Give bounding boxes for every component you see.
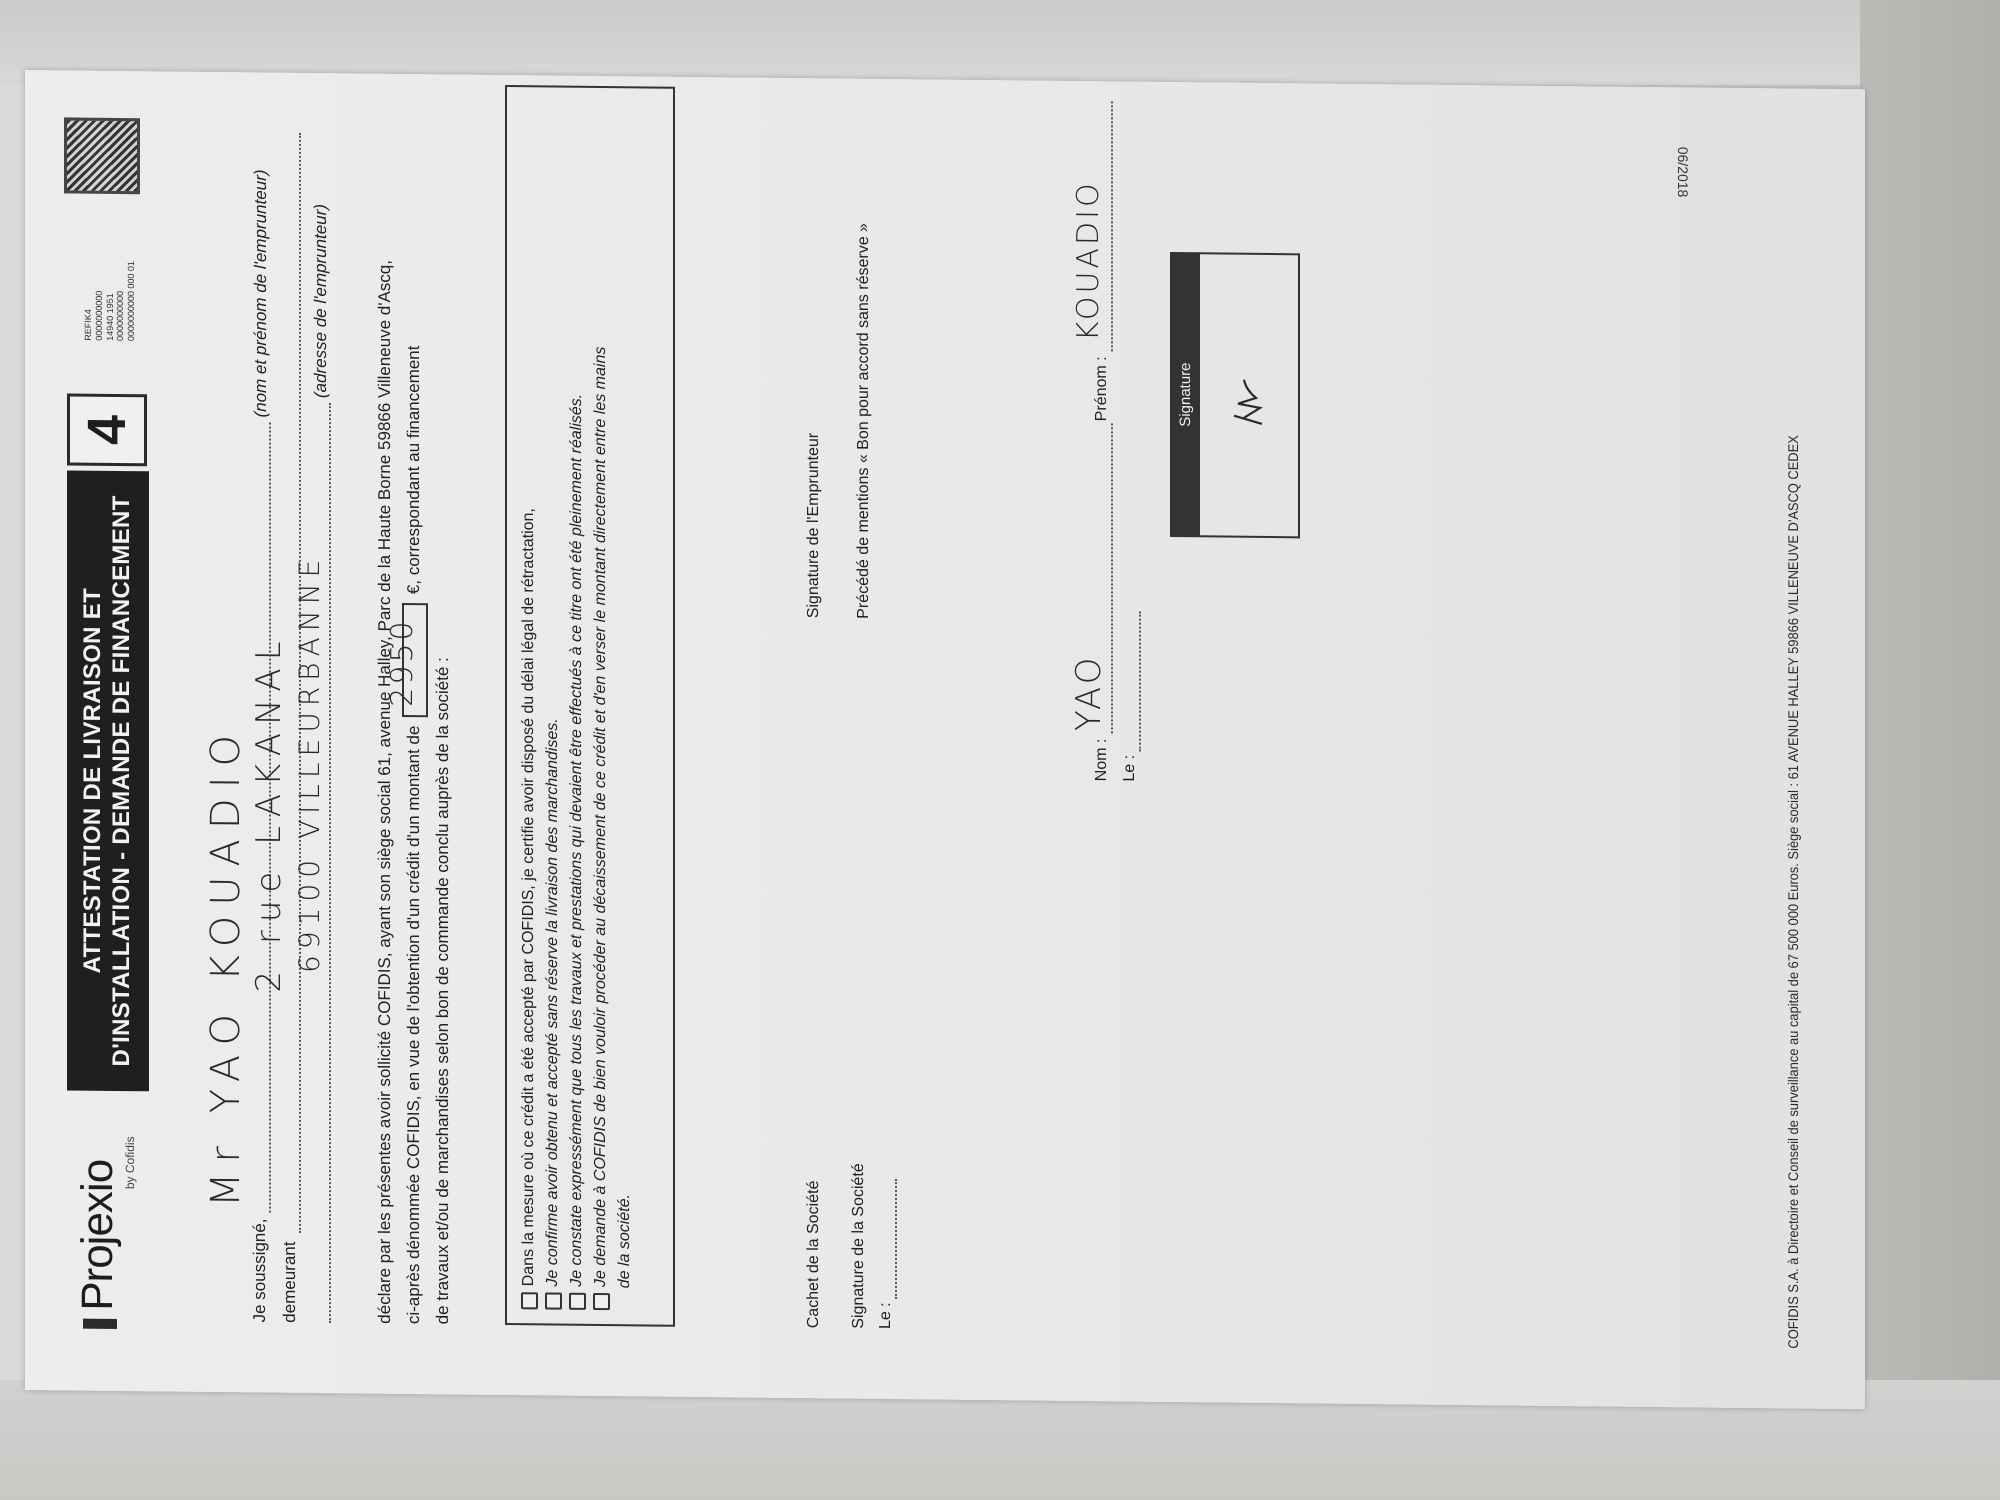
paper-form: Projexio by Cofidis ATTESTATION DE LIVRA… (25, 70, 1865, 1409)
certification-box: Dans la mesure où ce crédit a été accept… (505, 85, 675, 1327)
signature-box-header: Signature (1170, 252, 1200, 537)
borrower-date-field[interactable] (1139, 612, 1141, 752)
certification-checkbox[interactable] (593, 1293, 610, 1310)
borrower-signature-box[interactable] (1200, 252, 1300, 538)
datamatrix-code-icon (67, 120, 137, 191)
certification-checkbox[interactable] (569, 1293, 586, 1310)
certification-text: Dans la mesure où ce crédit a été accept… (517, 508, 541, 1286)
declaration-paragraph: déclare par les présentes avoir sollicit… (370, 260, 457, 1325)
projexio-logo: Projexio by Cofidis (73, 1160, 123, 1329)
address-line-1-handwritten[interactable]: 2 rue LAKANAL (249, 633, 289, 993)
form-number-badge: 4 (67, 393, 147, 466)
certification-text: Je demande à COFIDIS de bien vouloir pro… (589, 346, 613, 1287)
undersigned-hint: (nom et prénom de l'emprunteur) (251, 169, 271, 417)
reference-line: 0000000000 (94, 261, 105, 341)
company-signature-label: Signature de la Société (850, 1163, 868, 1329)
declaration-line-2-end: €, correspondant au financement (404, 345, 423, 594)
reference-line: 0000000000 000 01 (126, 261, 137, 341)
handwritten-signature-icon (1200, 250, 1298, 536)
logo-mark-icon (83, 1319, 117, 1329)
certification-item: Dans la mesure où ce crédit a été accept… (517, 101, 541, 1309)
company-date-label: Le : (877, 1302, 895, 1329)
certification-text: Je confirme avoir obtenu et accepté sans… (541, 718, 565, 1287)
undersigned-label: Je soussigné, (250, 1218, 270, 1322)
reference-codes: REFIK4 0000000000 14940 1951 0000000000 … (83, 261, 137, 342)
address-label: demeurant (280, 1241, 300, 1322)
brand-name: Projexio (73, 1160, 123, 1311)
certification-item: Je demande à COFIDIS de bien vouloir pro… (589, 102, 613, 1310)
declaration-line-1: déclare par les présentes avoir sollicit… (370, 260, 399, 1324)
form-title: ATTESTATION DE LIVRAISON ET D'INSTALLATI… (67, 470, 149, 1091)
certification-checkbox[interactable] (545, 1292, 562, 1309)
borrower-first-name-handwritten[interactable]: KOUADIO (1071, 180, 1106, 341)
legal-footer: COFIDIS S.A. à Directoire et Conseil de … (1785, 435, 1801, 1349)
borrower-last-name-handwritten[interactable]: YAO (1069, 654, 1109, 731)
borrower-last-name-dotted-line (1111, 423, 1113, 733)
address-dotted-line-2 (329, 403, 331, 1323)
background-surface-right (1860, 0, 2000, 1500)
certification-continuation: de la société. (613, 102, 637, 1310)
borrower-first-name-dotted-line (1111, 101, 1113, 351)
borrower-signature-title: Signature de l'Emprunteur (805, 433, 823, 619)
certification-item: Je constate expressément que tous les tr… (565, 102, 589, 1310)
form-date-code: 06/2018 (1675, 147, 1691, 198)
credit-amount-field[interactable]: 2950 (402, 603, 428, 717)
borrower-last-name-label: Nom : (1093, 739, 1111, 782)
declaration-line-3: de travaux et/ou de marchandises selon b… (428, 260, 457, 1324)
address-line-2-handwritten[interactable]: 69100 VILLEURBANNE (293, 554, 326, 974)
undersigned-handwritten[interactable]: Mr YAO KOUADIO (203, 725, 249, 1208)
form-title-line-1: ATTESTATION DE LIVRAISON ET (79, 588, 108, 974)
declaration-line-2: ci-après dénommée COFIDIS, en vue de l'o… (399, 260, 428, 1324)
address-hint: (adresse de l'emprunteur) (311, 204, 331, 398)
reference-line: 14940 1951 (105, 261, 116, 341)
credit-amount-handwritten: 2950 (388, 618, 417, 707)
reference-line: 0000000000 (115, 261, 126, 341)
certification-item: Je confirme avoir obtenu et accepté sans… (541, 101, 565, 1309)
company-date-field[interactable] (895, 1179, 897, 1299)
brand-subtitle: by Cofidis (123, 1136, 137, 1189)
form-title-line-2: D'INSTALLATION - DEMANDE DE FINANCEMENT (108, 495, 137, 1066)
borrower-first-name-label: Prénom : (1093, 356, 1111, 421)
certification-text: Je constate expressément que tous les tr… (565, 394, 589, 1287)
company-stamp-label: Cachet de la Société (805, 1181, 823, 1329)
reference-line: REFIK4 (83, 261, 94, 341)
declaration-line-2-start: ci-après dénommée COFIDIS, en vue de l'o… (404, 726, 423, 1325)
borrower-date-label: Le : (1121, 755, 1139, 782)
certification-checkbox[interactable] (521, 1292, 538, 1309)
borrower-mention: Précédé de mentions « Bon pour accord sa… (855, 223, 873, 619)
